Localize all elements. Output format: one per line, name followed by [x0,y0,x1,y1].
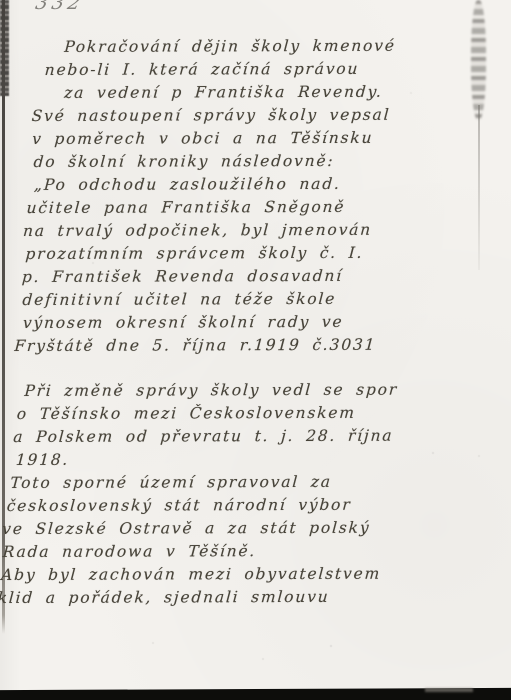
manuscript-line: Fryštátě dne 5. října r.1919 č.3031 [12,333,466,358]
manuscript-line: o Těšínsko mezi Československem [7,401,461,426]
scanned-chronicle-page: 332 Pokračování dějin školy kmenovénebo-… [0,0,511,700]
manuscript-line: nebo-li I. která začíná správou [30,57,484,82]
manuscript-line: klid a pořádek, sjednali smlouvu [0,585,449,610]
manuscript-line: učitele pana Františka Sněgoně [21,195,475,220]
page-number: 332 [33,0,87,14]
manuscript-line: do školní kroniky následovně: [24,149,478,174]
manuscript-line: Při změně správy školy vedl se spor [9,378,463,403]
paper-speckles [0,0,2,2]
manuscript-line: Aby byl zachován mezi obyvatelstvem [0,562,450,587]
manuscript-line: prozatímním správcem školy č. I. [18,241,472,266]
manuscript-line: a Polskem od převratu t. j. 28. října [6,424,460,449]
manuscript-line: 1918. [4,447,458,472]
manuscript-line: v poměrech v obci a na Těšínsku [25,126,479,151]
manuscript-line: „Po odchodu zasloužilého nad. [22,172,476,197]
manuscript-line: Své nastoupení správy školy vepsal [27,103,481,128]
manuscript-line: p. František Revenda dosavadní [16,264,470,289]
manuscript-lines: Pokračování dějin školy kmenovénebo-li I… [0,34,485,610]
manuscript-line: Toto sporné území spravoval za [3,470,457,495]
manuscript-line: Pokračování dějin školy kmenové [31,34,485,59]
manuscript-line: výnosem okresní školní rady ve [13,310,467,335]
manuscript-line: za vedení p Františka Revendy. [28,80,482,105]
manuscript-line: Rada narodowa v Těšíně. [0,539,452,564]
bottom-scan-bar-smear [425,688,473,692]
manuscript-line: definitivní učitel na téže škole [15,287,469,312]
manuscript-line [10,356,464,380]
manuscript-line: československý stát národní výbor [1,493,455,518]
manuscript-line: na trvalý odpočinek, byl jmenován [19,218,473,243]
manuscript-line: ve Slezské Ostravě a za stát polský [0,516,453,541]
